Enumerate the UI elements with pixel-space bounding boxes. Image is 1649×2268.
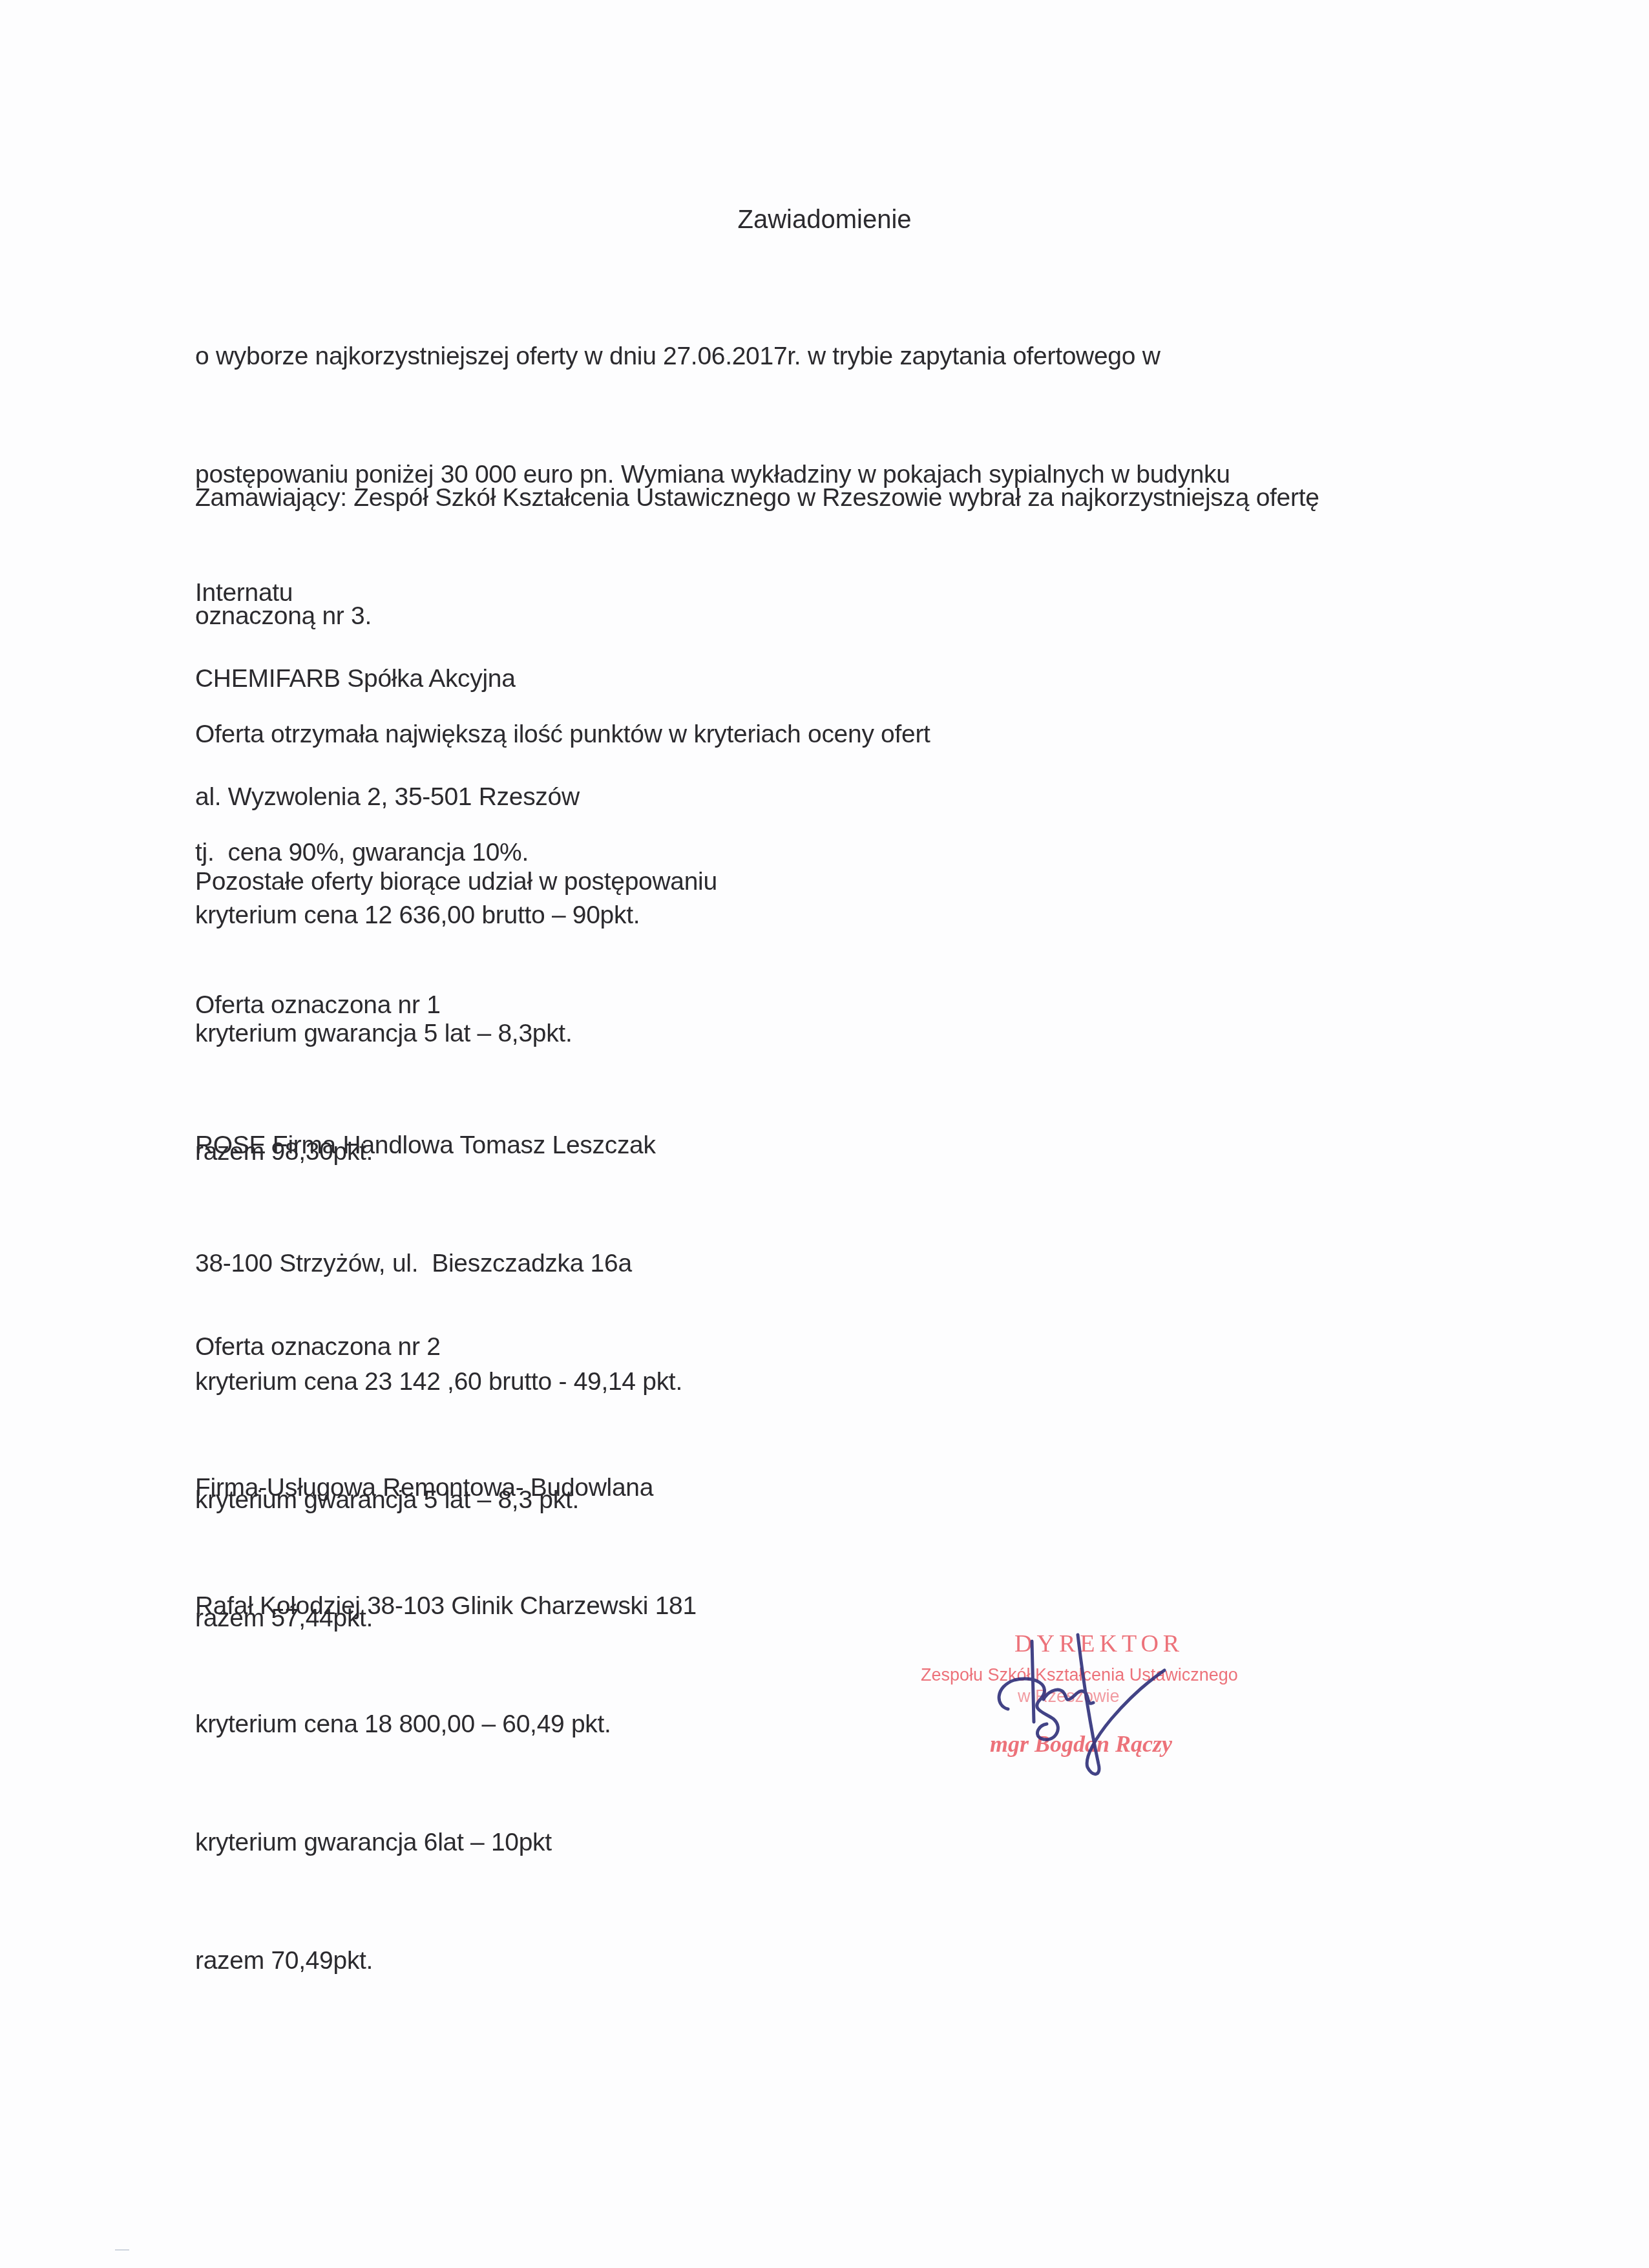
- winning-address: al. Wyzwolenia 2, 35-501 Rzeszów: [195, 777, 640, 817]
- offer-2-company: Firma-Usługowa Remontowa- Budowlana: [195, 1468, 697, 1507]
- offer-1-heading: Oferta oznaczona nr 1: [195, 985, 441, 1025]
- offer-2-price-criterion: kryterium cena 18 800,00 – 60,49 pkt.: [195, 1705, 697, 1744]
- offer-1-address: 38-100 Strzyżów, ul. Bieszczadzka 16a: [195, 1244, 682, 1283]
- scan-mark: [115, 2249, 129, 2251]
- other-offers-heading: Pozostałe oferty biorące udział w postęp…: [195, 862, 717, 901]
- winning-company: CHEMIFARB Spółka Akcyjna: [195, 659, 640, 698]
- handwritten-signature-icon: [905, 1615, 1305, 1796]
- offer-2-total: razem 70,49pkt.: [195, 1941, 697, 1980]
- offer-2-address: Rafał Kołodziej 38-103 Glinik Charzewski…: [195, 1586, 697, 1626]
- offer-1-company: ROSE Firma Handlowa Tomasz Leszczak: [195, 1126, 682, 1165]
- offer-2-heading: Oferta oznaczona nr 2: [195, 1327, 441, 1367]
- offer-2-warranty-criterion: kryterium gwarancja 6lat – 10pkt: [195, 1823, 697, 1862]
- offer-2-details: Firma-Usługowa Remontowa- Budowlana Rafa…: [195, 1389, 697, 2059]
- decision-line: Zamawiający: Zespół Szkół Kształcenia Us…: [195, 478, 1319, 518]
- intro-line: o wyborze najkorzystniejszej oferty w dn…: [195, 337, 1230, 376]
- winning-price-criterion: kryterium cena 12 636,00 brutto – 90pkt.: [195, 896, 640, 935]
- document-page: Zawiadomienie o wyborze najkorzystniejsz…: [0, 0, 1649, 2268]
- document-title: Zawiadomienie: [0, 200, 1649, 239]
